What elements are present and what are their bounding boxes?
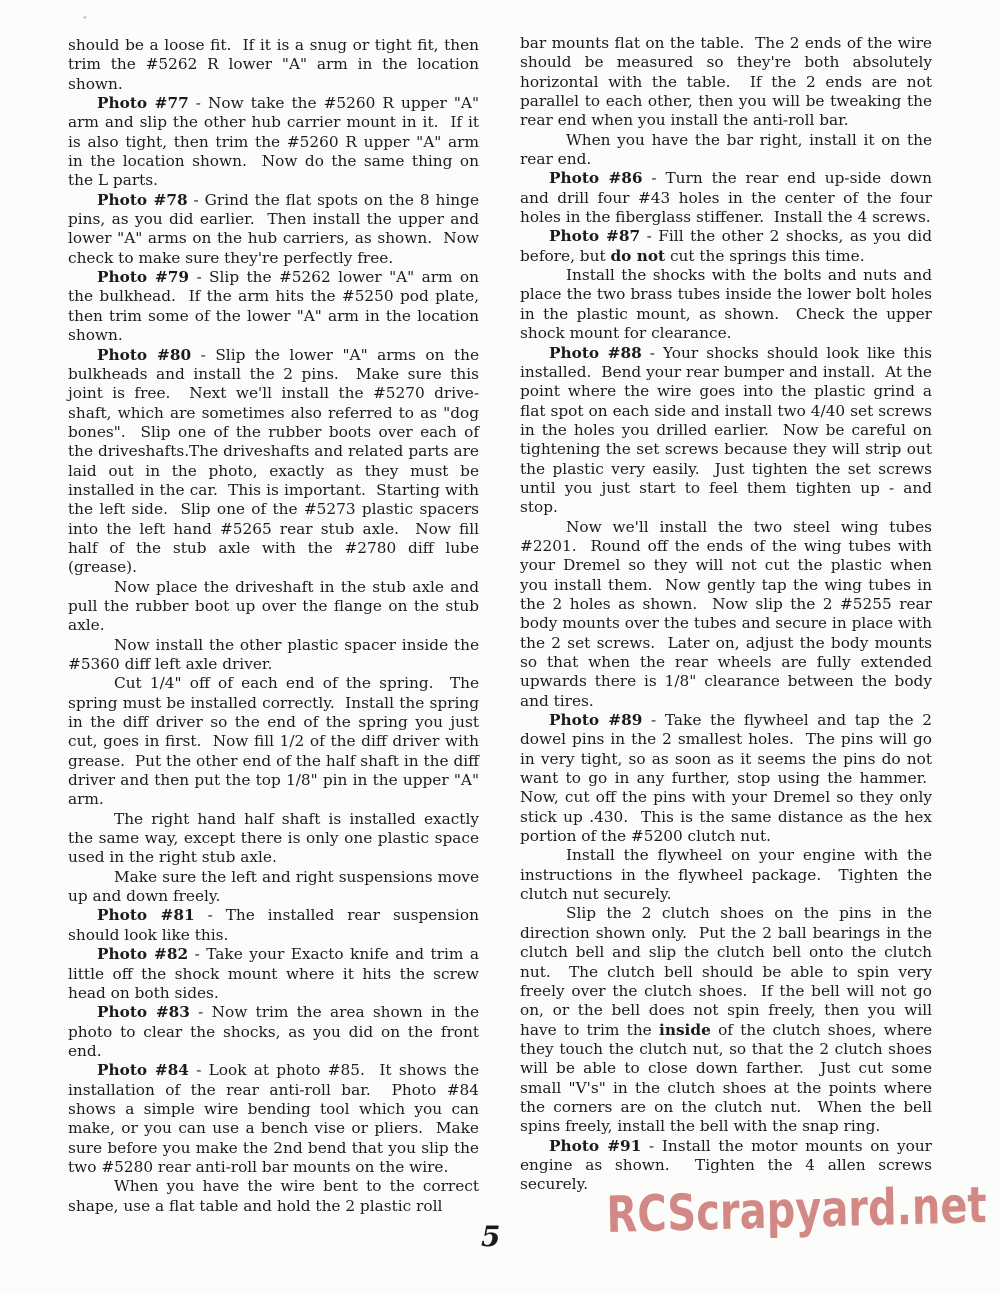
- paragraph: Slip the 2 clutch shoes on the pins in t…: [520, 904, 932, 1136]
- body-text: cut the springs this time.: [665, 247, 864, 265]
- body-text: should be a loose fit. If it is a snug o…: [68, 36, 479, 93]
- paragraph: Make sure the left and right suspensions…: [68, 868, 479, 907]
- body-text: Now place the driveshaft in the stub axl…: [68, 578, 479, 635]
- bold-text: Photo #87: [549, 227, 640, 245]
- paragraph: Now place the driveshaft in the stub axl…: [68, 578, 479, 636]
- paragraph: Photo #89 - Take the flywheel and tap th…: [520, 711, 932, 846]
- bold-text: Photo #88: [549, 344, 642, 362]
- body-text: Cut 1/4" off of each end of the spring. …: [68, 674, 479, 808]
- paragraph: bar mounts flat on the table. The 2 ends…: [520, 34, 932, 131]
- body-text: Now we'll install the two steel wing tub…: [520, 518, 932, 710]
- paragraph: Photo #83 - Now trim the area shown in t…: [68, 1003, 479, 1061]
- paragraph: Photo #86 - Turn the rear end up-side do…: [520, 169, 932, 227]
- body-text: Make sure the left and right suspensions…: [68, 868, 479, 905]
- bold-text: Photo #84: [97, 1061, 189, 1079]
- bold-text: Photo #83: [97, 1003, 190, 1021]
- bold-text: Photo #82: [97, 945, 188, 963]
- text-column-left: should be a loose fit. If it is a snug o…: [68, 36, 479, 1216]
- body-text: Now install the other plastic spacer ins…: [68, 636, 479, 673]
- paragraph: Photo #77 - Now take the #5260 R upper "…: [68, 94, 479, 191]
- body-text: The right hand half shaft is installed e…: [68, 810, 479, 867]
- bold-text: Photo #91: [549, 1137, 641, 1155]
- body-text: Install the flywheel on your engine with…: [520, 846, 932, 903]
- manual-page: ˇ should be a loose fit. If it is a snug…: [0, 0, 1000, 1294]
- body-text: Install the shocks with the bolts and nu…: [520, 266, 932, 342]
- bold-text: Photo #80: [97, 346, 191, 364]
- paragraph: Now install the other plastic spacer ins…: [68, 636, 479, 675]
- bold-text: Photo #79: [97, 268, 189, 286]
- body-text: When you have the bar right, install it …: [520, 131, 932, 168]
- paragraph: Photo #79 - Slip the #5262 lower "A" arm…: [68, 268, 479, 345]
- body-text: Slip the 2 clutch shoes on the pins in t…: [520, 904, 932, 1038]
- scan-artifact: ˇ: [82, 15, 88, 28]
- paragraph: Photo #87 - Fill the other 2 shocks, as …: [520, 227, 932, 266]
- body-text: - Take the flywheel and tap the 2 dowel …: [520, 711, 932, 845]
- body-text: - Slip the lower "A" arms on the bulkhea…: [68, 346, 479, 577]
- paragraph: Install the flywheel on your engine with…: [520, 846, 932, 904]
- paragraph: Cut 1/4" off of each end of the spring. …: [68, 674, 479, 809]
- paragraph: Photo #81 - The installed rear suspensio…: [68, 906, 479, 945]
- paragraph: Now we'll install the two steel wing tub…: [520, 518, 932, 711]
- body-text: - Your shocks should look like this inst…: [520, 344, 932, 517]
- body-text: When you have the wire bent to the corre…: [68, 1177, 479, 1214]
- text-column-right: bar mounts flat on the table. The 2 ends…: [520, 34, 932, 1195]
- paragraph: When you have the bar right, install it …: [520, 131, 932, 170]
- paragraph: Install the shocks with the bolts and nu…: [520, 266, 932, 343]
- paragraph: Photo #84 - Look at photo #85. It shows …: [68, 1061, 479, 1177]
- bold-text: inside: [659, 1021, 711, 1039]
- watermark: RCScrapyard.net: [606, 1176, 987, 1244]
- paragraph: Photo #80 - Slip the lower "A" arms on t…: [68, 346, 479, 578]
- paragraph: Photo #88 - Your shocks should look like…: [520, 344, 932, 518]
- bold-text: Photo #78: [97, 191, 188, 209]
- paragraph: Photo #78 - Grind the flat spots on the …: [68, 191, 479, 268]
- bold-text: do not: [610, 247, 665, 265]
- body-text: bar mounts flat on the table. The 2 ends…: [520, 34, 932, 129]
- paragraph: The right hand half shaft is installed e…: [68, 810, 479, 868]
- paragraph: Photo #82 - Take your Exacto knife and t…: [68, 945, 479, 1003]
- paragraph: When you have the wire bent to the corre…: [68, 1177, 479, 1216]
- bold-text: Photo #89: [549, 711, 642, 729]
- paragraph: should be a loose fit. If it is a snug o…: [68, 36, 479, 94]
- bold-text: Photo #77: [97, 94, 189, 112]
- bold-text: Photo #81: [97, 906, 195, 924]
- page-number: 5: [481, 1220, 500, 1253]
- bold-text: Photo #86: [549, 169, 643, 187]
